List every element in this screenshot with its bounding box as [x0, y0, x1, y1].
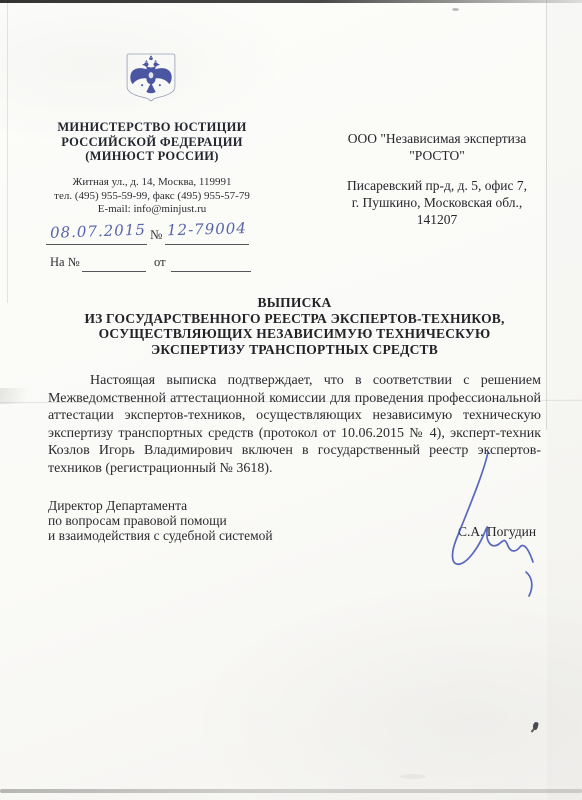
fold-shadow [0, 388, 34, 404]
reply-date-underline [171, 271, 251, 272]
scan-speck [452, 8, 459, 11]
scanned-letter-page: МИНИСТЕРСТВО ЮСТИЦИИ РОССИЙСКОЙ ФЕДЕРАЦИ… [0, 0, 582, 800]
signer-position-block: Директор Департамента по вопросам правов… [48, 498, 358, 543]
date-underline [46, 244, 147, 245]
document-title: ВЫПИСКА ИЗ ГОСУДАРСТВЕННОГО РЕЕСТРА ЭКСП… [42, 295, 547, 357]
sender-address-line: Житная ул., д. 14, Москва, 119991 [22, 176, 282, 190]
sender-address-block: Житная ул., д. 14, Москва, 119991 тел. (… [22, 176, 282, 217]
recipient-name-line: ООО "Независимая экспертиза [327, 130, 547, 147]
scan-edge-left [7, 3, 8, 303]
handwritten-date: 08.07.2015 [50, 220, 161, 242]
handwritten-signature [430, 440, 555, 605]
sender-name-line: РОССИЙСКОЙ ФЕДЕРАЦИИ [32, 135, 272, 150]
sender-name-block: МИНИСТЕРСТВО ЮСТИЦИИ РОССИЙСКОЙ ФЕДЕРАЦИ… [32, 120, 272, 164]
sender-name-line: МИНИСТЕРСТВО ЮСТИЦИИ [32, 120, 272, 135]
document-title-line: ОСУЩЕСТВЛЯЮЩИХ НЕЗАВИСИМУЮ ТЕХНИЧЕСКУЮ [42, 326, 547, 342]
sender-name-line: (МИНЮСТ РОССИИ) [32, 149, 272, 164]
document-title-line: ВЫПИСКА [42, 295, 547, 311]
scan-smudge [400, 774, 426, 779]
signer-position-line: Директор Департамента [48, 498, 358, 513]
reply-number-underline [82, 271, 146, 272]
recipient-address-line: 141207 [327, 211, 547, 228]
emblem-shield-svg [125, 52, 177, 109]
recipient-name-block: ООО "Независимая экспертиза "РОСТО" [327, 130, 547, 164]
handwritten-outgoing-number: 12-79004 [167, 219, 262, 239]
number-sign-label: № [150, 227, 162, 243]
scan-edge-bottom [0, 789, 582, 793]
ink-speck [532, 721, 539, 730]
number-underline [165, 244, 249, 245]
sender-address-line: тел. (495) 955-59-99, факс (495) 955-57-… [22, 190, 282, 204]
recipient-address-line: Писаревский пр-д, д. 5, офис 7, [327, 177, 547, 194]
recipient-address-line: г. Пушкино, Московская обл., [327, 194, 547, 211]
recipient-name-line: "РОСТО" [327, 147, 547, 164]
reply-from-label: от [154, 255, 166, 270]
document-title-line: ИЗ ГОСУДАРСТВЕННОГО РЕЕСТРА ЭКСПЕРТОВ-ТЕ… [42, 311, 547, 327]
russia-coat-of-arms-icon [125, 52, 177, 109]
sender-address-line: E-mail: info@minjust.ru [22, 203, 282, 217]
signer-position-line: и взаимодействия с судебной системой [48, 528, 358, 543]
document-title-line: ЭКСПЕРТИЗУ ТРАНСПОРТНЫХ СРЕДСТВ [42, 342, 547, 358]
scan-edge-top [0, 0, 582, 3]
reply-to-number-label: На № [50, 255, 80, 270]
recipient-address-block: Писаревский пр-д, д. 5, офис 7, г. Пушки… [327, 177, 547, 228]
signer-position-line: по вопросам правовой помощи [48, 513, 358, 528]
